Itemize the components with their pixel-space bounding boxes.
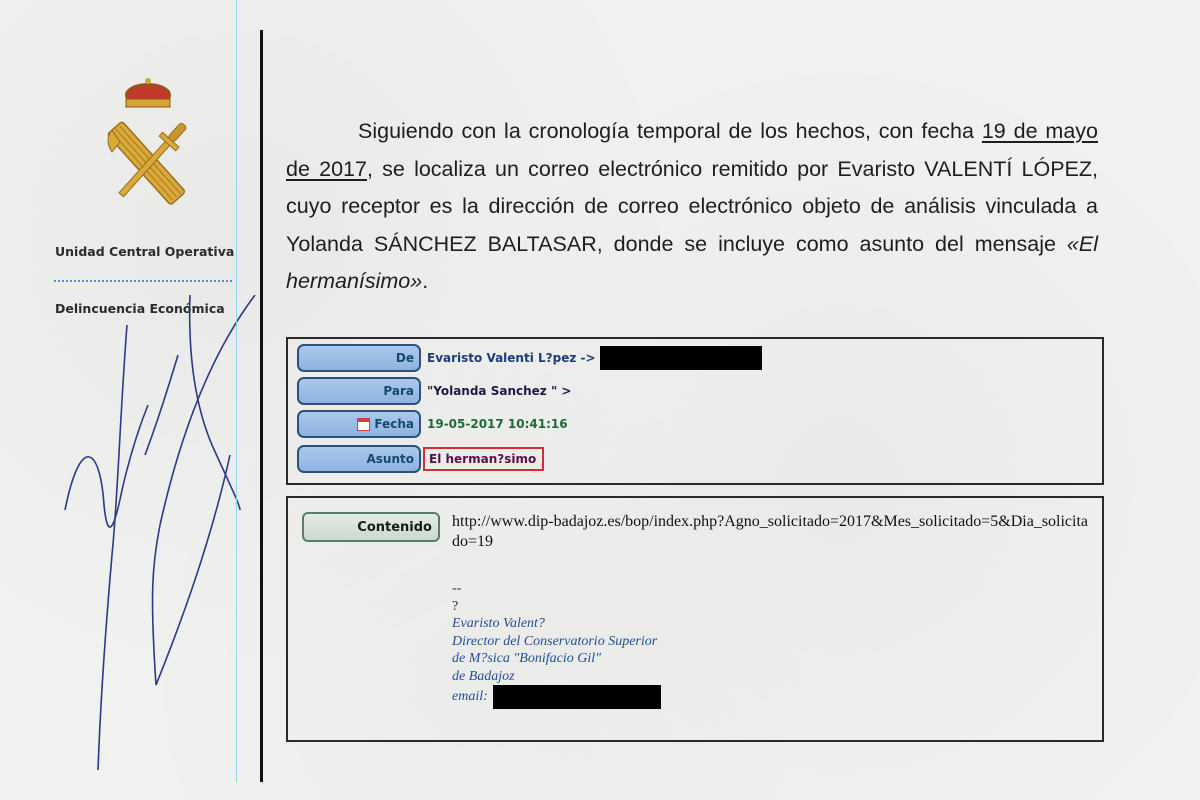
unit-name: Unidad Central Operativa [55, 244, 234, 259]
header-value-asunto: El herman?simo [423, 447, 544, 471]
redacted-signature-email [493, 685, 661, 709]
header-row-de: De Evaristo Valenti L?pez -> [297, 343, 762, 373]
signature-separator: -- [452, 580, 661, 598]
content-url[interactable]: http://www.dip-badajoz.es/bop/index.php?… [452, 512, 1092, 552]
email-signature: -- ? Evaristo Valent? Director del Conse… [452, 580, 661, 709]
paragraph-intro: Siguiendo con la cronología temporal de … [358, 119, 982, 143]
signature-name: Evaristo Valent? [452, 615, 661, 633]
header-label-para: Para [297, 377, 421, 405]
calendar-icon [357, 418, 370, 431]
margin-rule [260, 30, 263, 782]
margin-guide-line [236, 0, 237, 782]
body-paragraph: Siguiendo con la cronología temporal de … [286, 113, 1098, 301]
header-label-asunto: Asunto [297, 445, 421, 473]
header-value-de: Evaristo Valenti L?pez -> [427, 351, 596, 365]
email-header-panel: De Evaristo Valenti L?pez -> Para "Yolan… [286, 337, 1104, 485]
signature-title-1: Director del Conservatorio Superior [452, 633, 661, 651]
signature-question: ? [452, 598, 661, 616]
header-row-asunto: Asunto El herman?simo [297, 444, 544, 474]
guardia-civil-emblem-icon [100, 75, 195, 210]
redacted-sender-email [600, 346, 762, 370]
unit-divider [54, 280, 232, 282]
header-value-fecha: 19-05-2017 10:41:16 [427, 417, 568, 431]
signature-email-label: email: [452, 689, 488, 704]
header-row-fecha: Fecha 19-05-2017 10:41:16 [297, 409, 568, 439]
content-label: Contenido [302, 512, 440, 542]
paragraph-middle: , se localiza un correo electrónico remi… [286, 157, 1098, 256]
header-row-para: Para "Yolanda Sanchez " > [297, 376, 571, 406]
signature-city: de Badajoz [452, 668, 661, 686]
header-label-fecha: Fecha [297, 410, 421, 438]
header-label-de: De [297, 344, 421, 372]
header-value-para: "Yolanda Sanchez " > [427, 384, 571, 398]
signature-icon [60, 295, 260, 785]
signature-title-2: de M?sica "Bonifacio Gil" [452, 650, 661, 668]
signature-email-row: email: [452, 685, 661, 709]
email-content-panel: Contenido http://www.dip-badajoz.es/bop/… [286, 496, 1104, 742]
